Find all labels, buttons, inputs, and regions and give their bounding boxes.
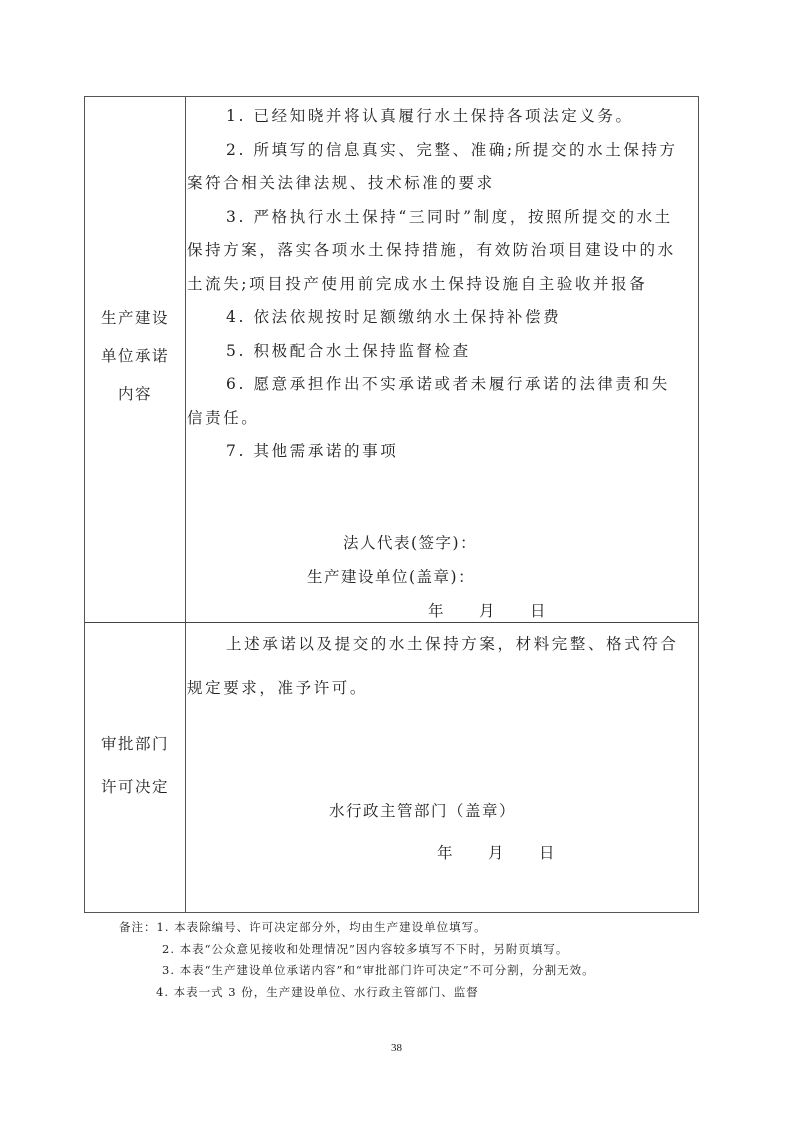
authority-seal: 水行政主管部门（盖章） [329, 799, 516, 821]
commitment-line: 保持方案，落实各项水土保持措施，有效防治项目建设中的水 [187, 236, 697, 266]
section-divider [85, 622, 698, 623]
unit-seal: 生产建设单位(盖章)： [307, 565, 475, 587]
decision-line: 上述承诺以及提交的水土保持方案，材料完整、格式符合 [187, 630, 697, 660]
label-line: 单位承诺 [85, 342, 185, 371]
commitment-line: 6. 愿意承担作出不实承诺或者未履行承诺的法律责和失 [187, 370, 697, 400]
section2-decision: 上述承诺以及提交的水土保持方案，材料完整、格式符合 规定要求，准予许可。 [187, 630, 697, 703]
commitment-approval-table: 生产建设 单位承诺 内容 1. 已经知晓并将认真履行水土保持各项法定义务。 2.… [84, 96, 699, 913]
commitment-line: 2. 所填写的信息真实、完整、准确;所提交的水土保持方 [187, 136, 697, 166]
page-number: 38 [0, 1042, 793, 1054]
remark-line: 2. 本表“公众意见接收和处理情况”因内容较多填写不下时，另附页填写。 [119, 939, 595, 961]
label-line: 许可决定 [85, 773, 185, 802]
commitment-line: 5. 积极配合水土保持监督检查 [187, 337, 697, 367]
legal-rep-signature: 法人代表(签字)： [343, 531, 477, 553]
section1-commitments: 1. 已经知晓并将认真履行水土保持各项法定义务。 2. 所填写的信息真实、完整、… [187, 102, 697, 467]
remark-line: 3. 本表“生产建设单位承诺内容”和“审批部门许可决定”不可分割，分割无效。 [119, 960, 595, 982]
label-line: 内容 [85, 380, 185, 409]
column-divider [185, 97, 186, 912]
decision-line: 规定要求，准予许可。 [187, 674, 697, 704]
section1-label: 生产建设 单位承诺 内容 [85, 304, 185, 409]
section1-date: 年 月 日 [428, 599, 547, 621]
commitment-line: 7. 其他需承诺的事项 [187, 437, 697, 467]
commitment-line: 4. 依法依规按时足额缴纳水土保持补偿费 [187, 303, 697, 333]
label-line: 审批部门 [85, 730, 185, 759]
remarks: 备注：1. 本表除编号、许可决定部分外，均由生产建设单位填写。 2. 本表“公众… [119, 917, 595, 1003]
commitment-line: 1. 已经知晓并将认真履行水土保持各项法定义务。 [187, 102, 697, 132]
commitment-line: 信责任。 [187, 404, 697, 434]
commitment-line: 案符合相关法律法规、技术标准的要求 [187, 169, 697, 199]
remark-line: 4. 本表一式 3 份，生产建设单位、水行政主管部门、监督 [119, 982, 595, 1004]
section2-label: 审批部门 许可决定 [85, 730, 185, 802]
remark-line: 备注：1. 本表除编号、许可决定部分外，均由生产建设单位填写。 [119, 917, 595, 939]
commitment-line: 土流失;项目投产使用前完成水土保持设施自主验收并报备 [187, 270, 697, 300]
section2-date: 年 月 日 [437, 841, 556, 863]
commitment-line: 3. 严格执行水土保持“三同时”制度，按照所提交的水土 [187, 203, 697, 233]
label-line: 生产建设 [85, 304, 185, 333]
